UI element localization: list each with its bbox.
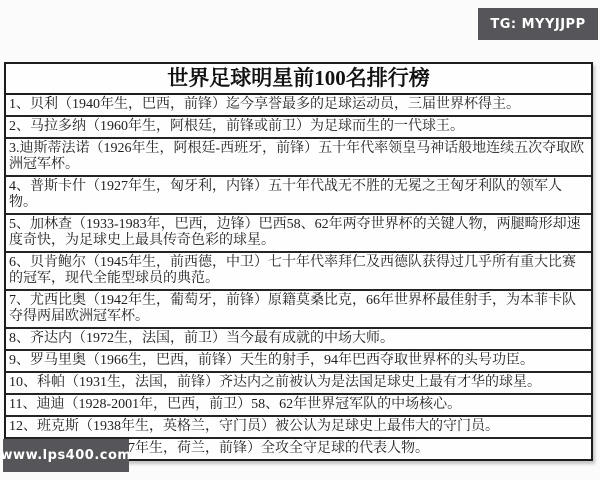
table-row: 7、尤西比奥（1942年生，葡萄牙，前锋）原籍莫桑比克，66年世界杯最佳射手，为…	[6, 291, 591, 329]
page: TG: MYYJJPP 世界足球明星前100名排行榜 1、贝利（1940年生，巴…	[0, 0, 600, 480]
table-row: 4、普斯卡什（1927年生，匈牙利，内锋）五十年代战无不胜的无冕之王匈牙利队的领…	[6, 177, 591, 215]
table-row: 9、罗马里奥（1966生，巴西，前锋）天生的射手，94年巴西夺取世界杯的头号功臣…	[6, 351, 591, 373]
table-row: 1、贝利（1940年生，巴西，前锋）迄今享誉最多的足球运动员，三届世界杯得主。	[6, 95, 591, 117]
table-row: 10、科帕（1931生，法国，前锋）齐达内之前被认为是法国足球史上最有才华的球星…	[6, 373, 591, 395]
table-title: 世界足球明星前100名排行榜	[6, 64, 591, 95]
table-row: 12、班克斯（1938年生，英格兰，守门员）被公认为足球史上最伟大的守门员。	[6, 417, 591, 439]
telegram-watermark-badge: TG: MYYJJPP	[478, 8, 598, 40]
table-row: 2、马拉多纳（1960年生，阿根廷，前锋或前卫）为足球而生的一代球王。	[6, 117, 591, 139]
table-row: 8、齐达内（1972生，法国，前卫）当今最有成就的中场大师。	[6, 329, 591, 351]
website-watermark-badge: www.lps400.com	[3, 439, 129, 472]
table-row: 3.迪斯蒂法诺（1926年生，阿根廷-西班牙，前锋）五十年代率领皇马神话般地连续…	[6, 139, 591, 177]
ranking-table: 世界足球明星前100名排行榜 1、贝利（1940年生，巴西，前锋）迄今享誉最多的…	[4, 62, 593, 461]
table-row: 5、加林查（1933-1983年，巴西，边锋）巴西58、62年两夺世界杯的关键人…	[6, 215, 591, 253]
table-row: 6、贝肯鲍尔（1945年生，前西德，中卫）七十年代率拜仁及西德队获得过几乎所有重…	[6, 253, 591, 291]
table-row: 11、迪迪（1928-2001年，巴西，前卫）58、62年世界冠军队的中场核心。	[6, 395, 591, 417]
